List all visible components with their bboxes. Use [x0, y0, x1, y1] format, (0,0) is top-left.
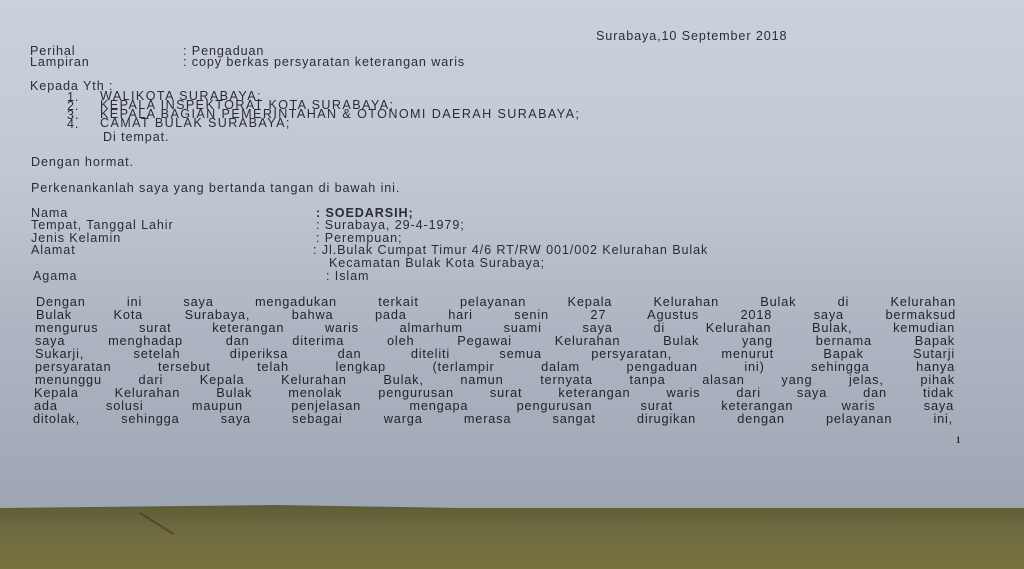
recipient-item: CAMAT BULAK SURABAYA; — [100, 116, 291, 130]
letter-page: Surabaya,10 September 2018 Perihal : Pen… — [0, 0, 1024, 508]
identity-label-address: Alamat — [31, 243, 76, 257]
place-date: Surabaya,10 September 2018 — [596, 29, 787, 43]
identity-value-address-cont: Kecamatan Bulak Kota Surabaya; — [329, 256, 545, 270]
body-line: ditolak, sehingga saya sebagai warga mer… — [33, 411, 953, 426]
identity-label-ttl: Tempat, Tanggal Lahir — [31, 218, 174, 232]
recipient-num: 4. — [67, 117, 79, 131]
intro-sentence: Perkenankanlah saya yang bertanda tangan… — [31, 181, 400, 195]
page-number: 1 — [956, 435, 961, 445]
greeting: Dengan hormat. — [31, 155, 134, 169]
desk-surface — [0, 505, 1024, 569]
lampiran-label: Lampiran — [30, 55, 90, 69]
identity-label-religion: Agama — [33, 269, 77, 283]
identity-value-ttl: : Surabaya, 29-4-1979; — [316, 218, 465, 232]
lampiran-value: : copy berkas persyaratan keterangan war… — [183, 55, 465, 69]
recipients-place: Di tempat. — [103, 130, 169, 144]
identity-value-religion: : Islam — [326, 269, 369, 283]
identity-value-address: : Jl.Bulak Cumpat Timur 4/6 RT/RW 001/00… — [313, 243, 708, 257]
